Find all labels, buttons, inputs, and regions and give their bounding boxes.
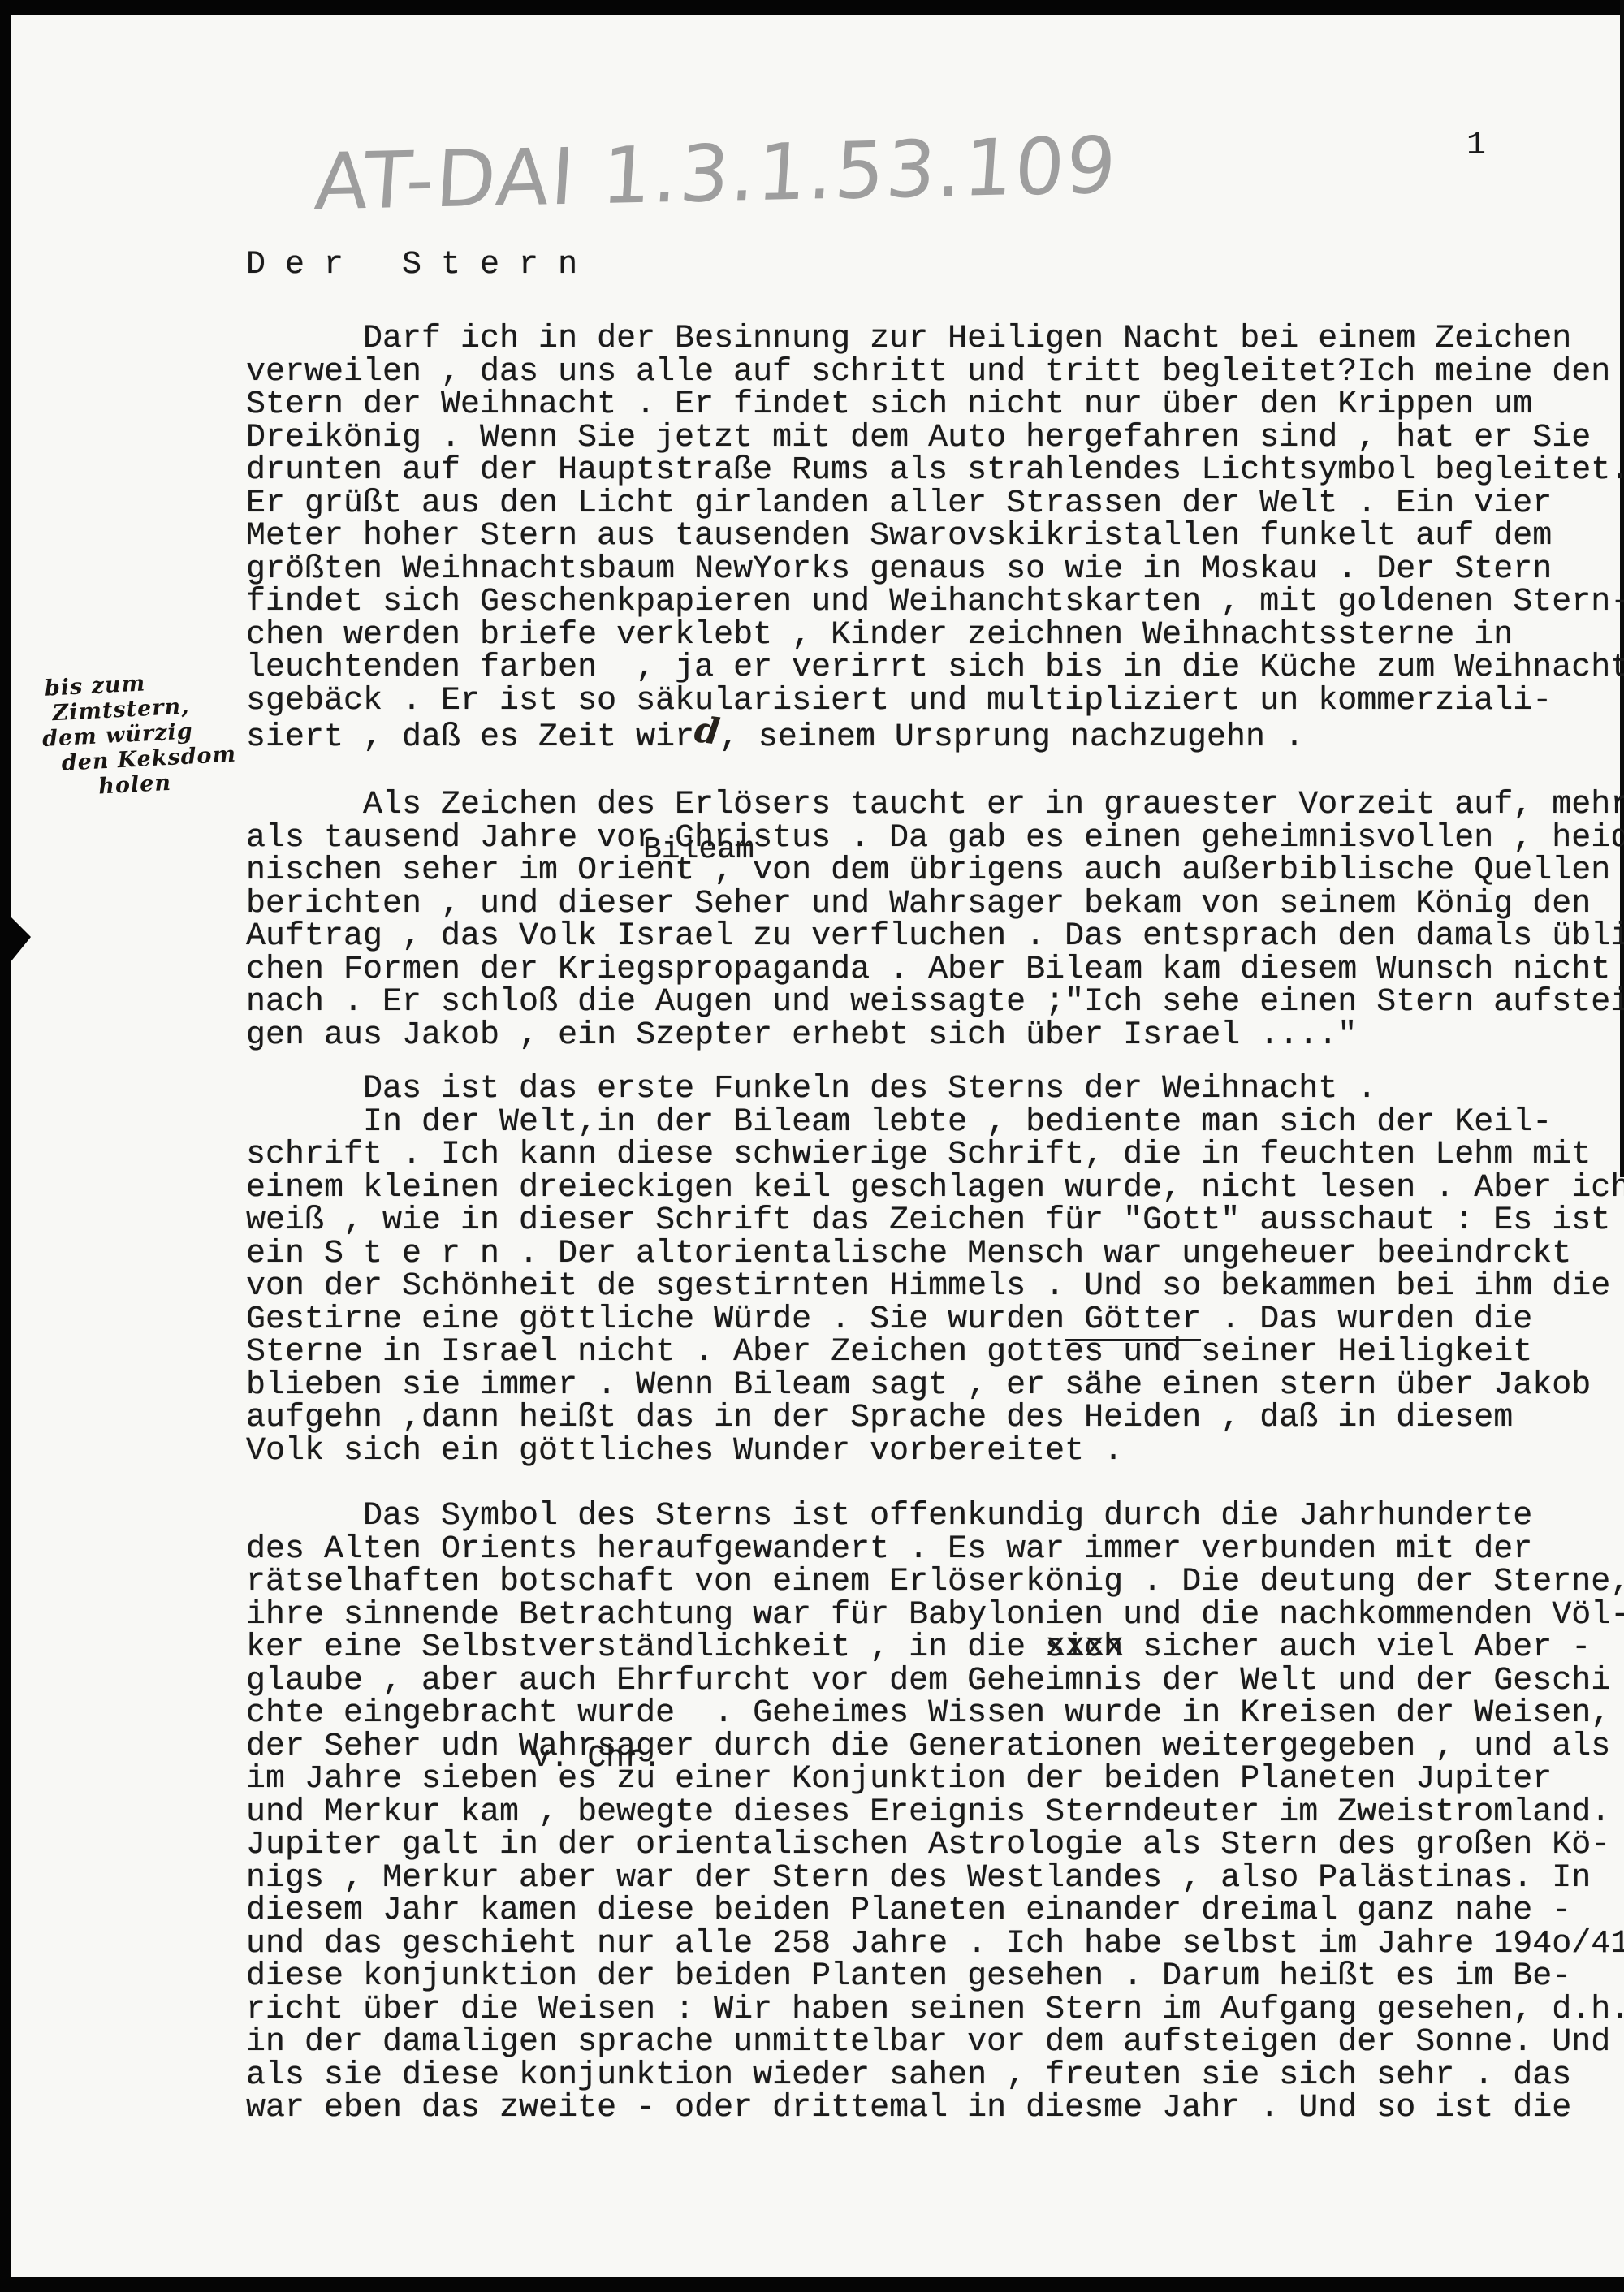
document-title: D e r S t e r n	[246, 249, 577, 282]
typewritten-line: Volk sich ein göttliches Wunder vorberei…	[246, 1435, 1624, 1469]
typewritten-line: aufgehn ,dann heißt das in der Sprache d…	[246, 1402, 1624, 1435]
page-number: 1	[1466, 130, 1486, 162]
typewritten-line: der Seher udn Wahrsager durch die Genera…	[246, 1731, 1624, 1764]
typewritten-line: Das Symbol des Sterns ist offenkundig du…	[246, 1500, 1624, 1534]
typewritten-line: sgebäck . Er ist so säkularisiert und mu…	[246, 685, 1624, 719]
typewritten-line: nach . Er schloß die Augen und weissagte…	[246, 986, 1624, 1020]
typewritten-line: Jupiter galt in der orientalischen Astro…	[246, 1829, 1624, 1863]
line-text: . Das wurden die	[1201, 1301, 1532, 1338]
paragraph-1: Darf ich in der Besinnung zur Heiligen N…	[246, 323, 1624, 751]
typewritten-line: leuchtenden farben , ja er verirrt sich …	[246, 652, 1624, 685]
typewritten-line: verweilen , das uns alle auf schritt und…	[246, 356, 1624, 390]
typewritten-line: Dreikönig . Wenn Sie jetzt mit dem Auto …	[246, 422, 1624, 455]
typewritten-line: Auftrag , das Volk Israel zu verfluchen …	[246, 921, 1624, 954]
typewritten-line: glaube , aber auch Ehrfurcht vor dem Geh…	[246, 1665, 1624, 1698]
typewritten-line: diese konjunktion der beiden Planten ges…	[246, 1961, 1624, 1994]
typewritten-line: richt über die Weisen : Wir haben seinen…	[246, 1994, 1624, 2027]
typewritten-line: als tausend Jahre vor Christus . Da gab …	[246, 822, 1624, 856]
line-text: Gestirne eine göttliche Würde . Sie wurd…	[246, 1301, 1065, 1338]
typewritten-line: blieben sie immer . Wenn Bileam sagt , e…	[246, 1370, 1624, 1403]
scanned-typescript-page: AT-DAI 1.3.1.53.109 1 D e r S t e r n bi…	[0, 0, 1624, 2292]
scan-artifact-wedge	[10, 916, 31, 963]
archive-code-annotation: AT-DAI 1.3.1.53.109	[312, 120, 1120, 228]
typewritten-line: rätselhaften botschaft von einem Erlöser…	[246, 1566, 1624, 1599]
typewritten-line: und Merkur kam , bewegte dieses Ereignis…	[246, 1797, 1624, 1830]
typewritten-line: berichten , und dieser Seher und Wahrsag…	[246, 888, 1624, 922]
handwritten-d-correction: d	[693, 714, 721, 749]
typewritten-line-with-underline: Gestirne eine göttliche Würde . Sie wurd…	[246, 1304, 1624, 1337]
typewritten-line: diesem Jahr kamen diese beiden Planeten …	[246, 1895, 1624, 1928]
typewritten-line: Meter hoher Stern aus tausenden Swarovsk…	[246, 520, 1624, 554]
typewritten-line: einem kleinen dreieckigen keil geschlage…	[246, 1172, 1624, 1206]
typewritten-line: größten Weihnachtsbaum NewYorks genaus s…	[246, 554, 1624, 587]
scan-border-left	[0, 0, 11, 2292]
typewritten-line: Sterne in Israel nicht . Aber Zeichen go…	[246, 1336, 1624, 1370]
typewritten-line: und das geschieht nur alle 258 Jahre . I…	[246, 1928, 1624, 1962]
typewritten-line: chen Formen der Kriegspropaganda . Aber …	[246, 954, 1624, 987]
typewritten-line-with-correction: siert , daß es Zeit wird, seinem Ursprun…	[246, 718, 1624, 751]
typewritten-line: gen aus Jakob , ein Szepter erhebt sich …	[246, 1020, 1624, 1053]
typewritten-line: chte eingebracht wurde . Geheimes Wissen…	[246, 1698, 1624, 1731]
line-text: sicher auch viel Aber -	[1123, 1629, 1591, 1666]
typewritten-line: findet sich Geschenkpapieren und Weihanc…	[246, 586, 1624, 619]
scan-border-top	[0, 0, 1624, 15]
overstrike-x: xxxx	[1046, 1631, 1124, 1664]
typewritten-line: chen werden briefe verklebt , Kinder zei…	[246, 619, 1624, 653]
struck-word: sichxxxx	[1045, 1632, 1123, 1665]
paragraph-2: Als Zeichen des Erlösers taucht er in gr…	[246, 789, 1624, 1052]
typewritten-line: Stern der Weihnacht . Er findet sich nic…	[246, 389, 1624, 422]
paragraph-3: Das ist das erste Funkeln des Sterns der…	[246, 1073, 1624, 1468]
typewritten-line: in der damaligen sprache unmittelbar vor…	[246, 2027, 1624, 2060]
typewritten-line: drunten auf der Hauptstraße Rums als str…	[246, 455, 1624, 488]
paragraph-4: Das Symbol des Sterns ist offenkundig du…	[246, 1500, 1624, 2126]
line-text: ker eine Selbstverständlichkeit , in die	[246, 1629, 1045, 1666]
typewritten-line: ihre sinnende Betrachtung war für Babylo…	[246, 1599, 1624, 1633]
typewritten-line: Darf ich in der Besinnung zur Heiligen N…	[246, 323, 1624, 356]
typewritten-line: Das ist das erste Funkeln des Sterns der…	[246, 1073, 1624, 1107]
typewritten-line-with-overstrike: ker eine Selbstverständlichkeit , in die…	[246, 1632, 1624, 1665]
margin-note: bis zum Zimtstern, dem würzig den Keksdo…	[34, 665, 268, 802]
typewritten-line: des Alten Orients heraufgewandert . Es w…	[246, 1534, 1624, 1567]
typewritten-line: im Jahre sieben es zu einer Konjunktion …	[246, 1763, 1624, 1797]
typewritten-line: nigs , Merkur aber war der Stern des Wes…	[246, 1863, 1624, 1896]
typewritten-line: von der Schönheit de sgestirnten Himmels…	[246, 1271, 1624, 1304]
scan-border-bottom	[0, 2277, 1624, 2292]
line-text: siert , daß es Zeit wir	[246, 719, 694, 756]
line-text: , seinem Ursprung nachzugehn .	[719, 719, 1304, 756]
typewritten-line: Er grüßt aus den Licht girlanden aller S…	[246, 488, 1624, 521]
typewritten-line: schrift . Ich kann diese schwierige Schr…	[246, 1139, 1624, 1172]
typewritten-line: In der Welt,in der Bileam lebte , bedien…	[246, 1107, 1624, 1140]
typewritten-line: als sie diese konjunktion wieder sahen ,…	[246, 2060, 1624, 2093]
typewritten-line: Als Zeichen des Erlösers taucht er in gr…	[246, 789, 1624, 822]
typewritten-line: ein S t e r n . Der altorientalische Men…	[246, 1238, 1624, 1271]
typewritten-line: weiß , wie in dieser Schrift das Zeichen…	[246, 1205, 1624, 1238]
typewritten-line: nischen seher im Orient , von dem übrige…	[246, 855, 1624, 888]
typewritten-line: war eben das zweite - oder drittemal in …	[246, 2092, 1624, 2126]
